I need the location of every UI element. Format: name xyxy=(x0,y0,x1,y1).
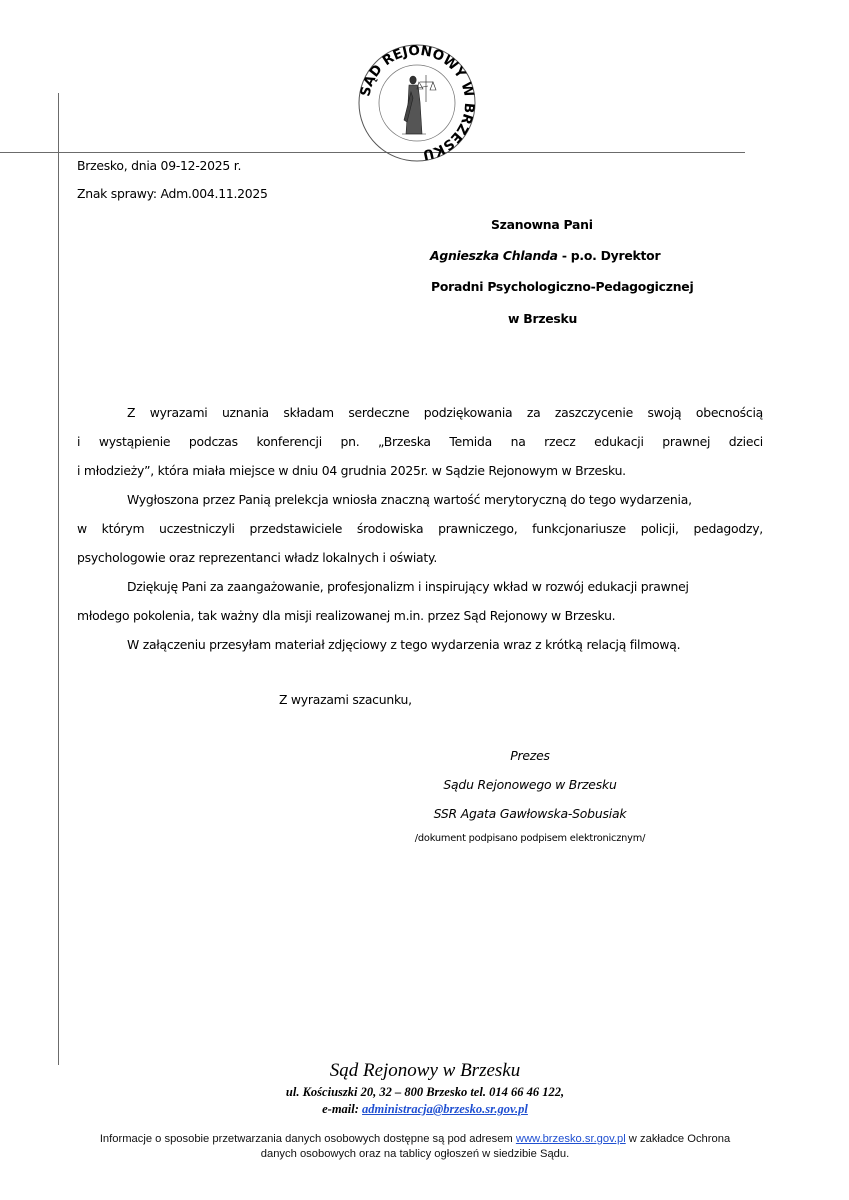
paragraph-1-line-3: i młodzieży”, która miała miejsce w dniu… xyxy=(77,463,626,478)
footer-court-name: Sąd Rejonowy w Brzesku xyxy=(230,1060,620,1082)
paragraph-3-line-1: Dziękuję Pani za zaangażowanie, profesjo… xyxy=(127,579,689,594)
recipient-city: w Brzesku xyxy=(508,311,577,326)
place-date: Brzesko, dnia 09-12-2025 r. xyxy=(77,158,241,173)
paragraph-1-line-2: i wystąpienie podczas konferencji pn. „B… xyxy=(77,434,763,449)
lady-justice-icon: SĄD REJONOWY W BRZESKU xyxy=(356,42,478,164)
signature-court: Sądu Rejonowego w Brzesku xyxy=(380,777,680,792)
margin-vertical-line xyxy=(58,93,59,1065)
court-seal: SĄD REJONOWY W BRZESKU xyxy=(356,42,478,164)
footer-email-line: e-mail: administracja@brzesko.sr.gov.pl xyxy=(200,1101,650,1118)
recipient-line: Agnieszka Chlanda - p.o. Dyrektor xyxy=(430,248,660,263)
paragraph-1-line-1: Z wyrazami uznania składam serdeczne pod… xyxy=(77,405,763,420)
signature-name: SSR Agata Gawłowska-Sobusiak xyxy=(380,806,680,821)
recipient-name: Agnieszka Chlanda xyxy=(430,248,558,263)
recipient-title: - p.o. Dyrektor xyxy=(558,248,661,263)
signature-note: /dokument podpisano podpisem elektronicz… xyxy=(380,833,680,844)
paragraph-3-line-2: młodego pokolenia, tak ważny dla misji r… xyxy=(77,608,615,623)
gdpr-text-before: Informacje o sposobie przetwarzania dany… xyxy=(100,1133,516,1145)
footer-address-block: ul. Kościuszki 20, 32 – 800 Brzesko tel.… xyxy=(200,1084,650,1118)
paragraph-2-line-2: w którym uczestniczyli przedstawiciele ś… xyxy=(77,521,763,536)
paragraph-2-line-3: psychologowie oraz reprezentanci władz l… xyxy=(77,550,437,565)
paragraph-2-line-1: Wygłoszona przez Panią prelekcja wniosła… xyxy=(127,492,692,507)
footer-email-link[interactable]: administracja@brzesko.sr.gov.pl xyxy=(362,1102,528,1116)
paragraph-4: W załączeniu przesyłam materiał zdjęciow… xyxy=(127,637,680,652)
gdpr-website-link[interactable]: www.brzesko.sr.gov.pl xyxy=(516,1133,626,1145)
recipient-salutation: Szanowna Pani xyxy=(491,217,593,232)
gdpr-notice: Informacje o sposobie przetwarzania dany… xyxy=(90,1132,740,1162)
footer-address: ul. Kościuszki 20, 32 – 800 Brzesko tel.… xyxy=(200,1084,650,1101)
footer-email-label: e-mail: xyxy=(322,1102,362,1116)
case-number: Znak sprawy: Adm.004.11.2025 xyxy=(77,186,268,201)
recipient-institution: Poradni Psychologiczno-Pedagogicznej xyxy=(431,279,693,294)
closing: Z wyrazami szacunku, xyxy=(279,692,412,707)
signature-role: Prezes xyxy=(380,748,680,763)
